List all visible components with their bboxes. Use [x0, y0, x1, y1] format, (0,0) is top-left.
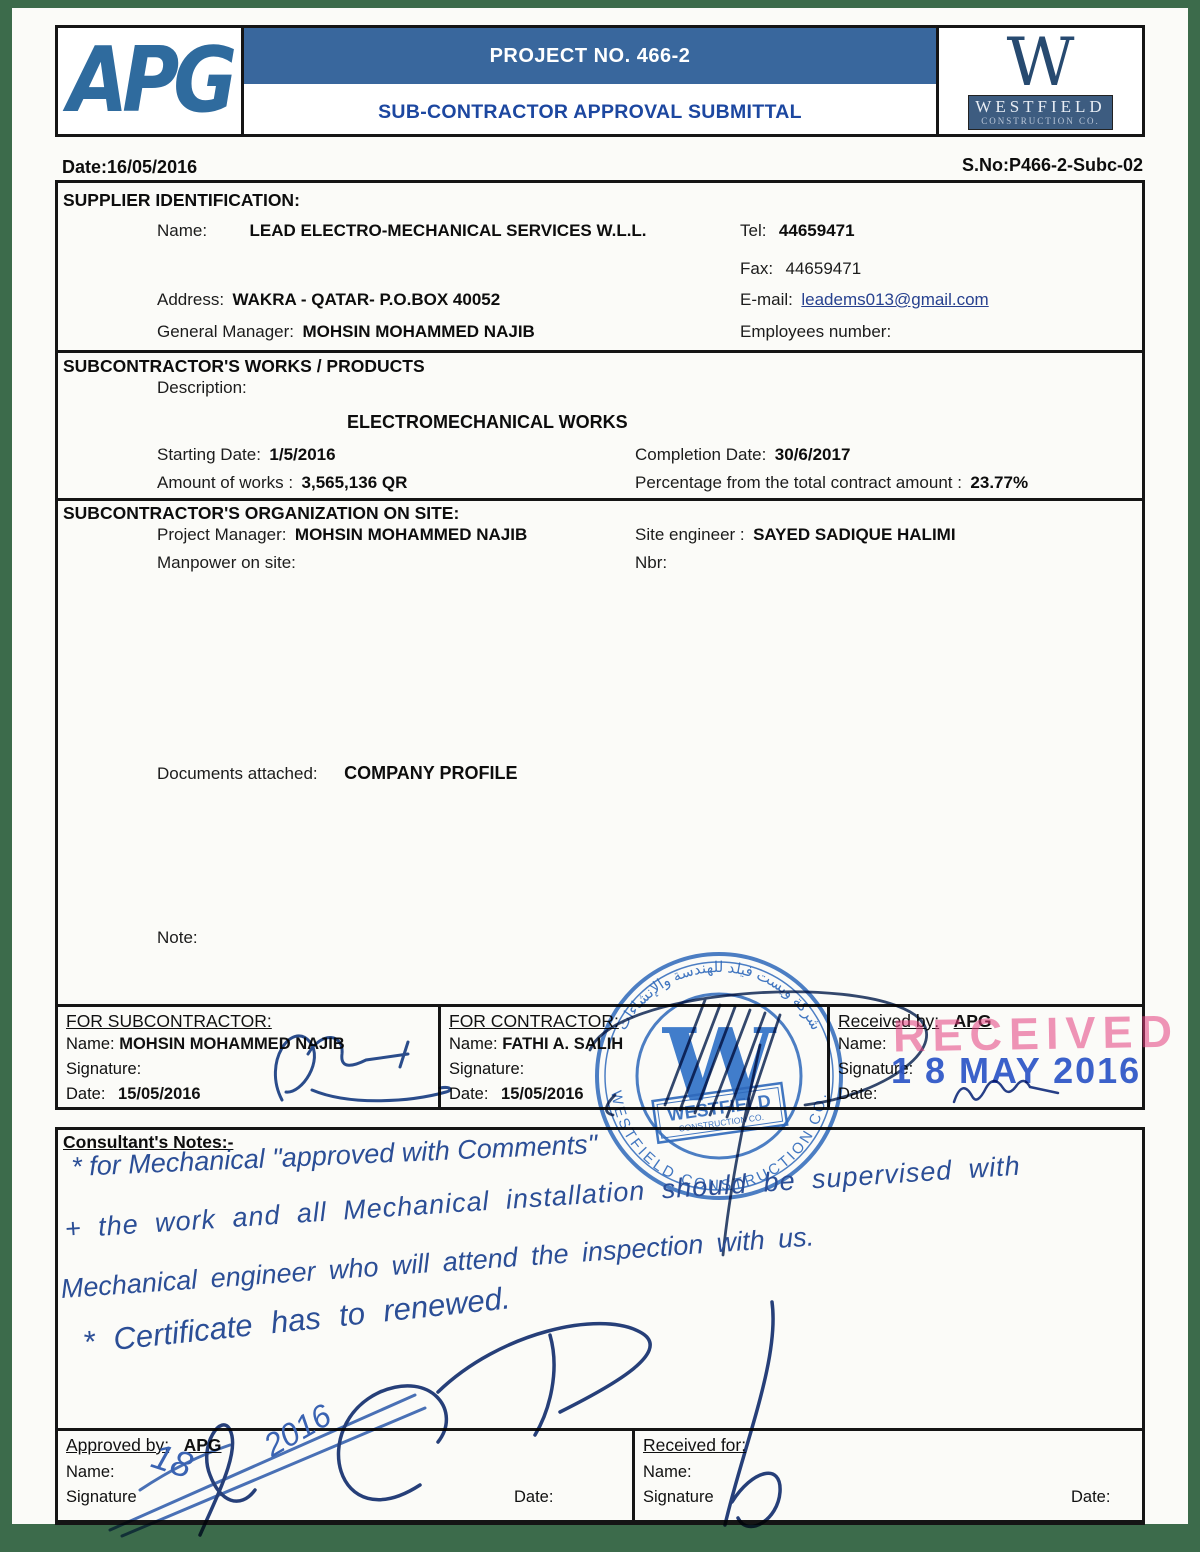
documents-attached-row: Documents attached: COMPANY PROFILE — [157, 763, 517, 784]
nbr-label: Nbr: — [635, 553, 667, 573]
form-title: SUB-CONTRACTOR APPROVAL SUBMITTAL — [378, 101, 802, 124]
westfield-name: WESTFIELD — [975, 98, 1105, 116]
description-label: Description: — [157, 378, 247, 398]
westfield-logo-box: WESTFIELD CONSTRUCTION CO. — [968, 95, 1112, 130]
note-label: Note: — [157, 928, 198, 948]
email-link[interactable]: leadems013@gmail.com — [801, 290, 988, 309]
supplier-section-title: SUPPLIER IDENTIFICATION: — [63, 190, 300, 211]
amount-value: 3,565,136 QR — [302, 473, 408, 492]
employees-number-label: Employees number: — [740, 322, 891, 342]
supplier-tel: 44659471 — [779, 221, 855, 240]
project-number-bar: PROJECT NO. 466-2 — [244, 28, 936, 84]
supplier-address: WAKRA - QATAR- P.O.BOX 40052 — [233, 290, 501, 309]
form-title-bar: SUB-CONTRACTOR APPROVAL SUBMITTAL — [244, 92, 936, 132]
manpower-label: Manpower on site: — [157, 553, 296, 573]
project-number: PROJECT NO. 466-2 — [490, 45, 691, 68]
amount-row: Amount of works : 3,565,136 QR — [157, 473, 407, 493]
completion-date: 30/6/2017 — [775, 445, 851, 464]
general-manager-row: General Manager: MOHSIN MOHAMMED NAJIB — [157, 322, 535, 342]
document-date: Date:16/05/2016 — [62, 157, 197, 178]
subcontractor-date: 15/05/2016 — [118, 1085, 201, 1103]
percentage-value: 23.77% — [970, 473, 1028, 492]
apg-logo: APG — [58, 28, 244, 134]
received-signature — [948, 1072, 1078, 1110]
starting-date-row: Starting Date: 1/5/2016 — [157, 445, 336, 465]
westfield-logo: W WESTFIELD CONSTRUCTION CO. — [936, 28, 1142, 134]
completion-date-row: Completion Date: 30/6/2017 — [635, 445, 850, 465]
project-manager-row: Project Manager: MOHSIN MOHAMMED NAJIB — [157, 525, 527, 545]
serial-number: S.No:P466-2-Subc-02 — [885, 155, 1143, 176]
section-divider — [55, 350, 1145, 353]
works-section-title: SUBCONTRACTOR'S WORKS / PRODUCTS — [63, 356, 425, 377]
scanned-document: { "page": {"border_color": "#3c6b4b", "p… — [0, 0, 1200, 1552]
westfield-sub: CONSTRUCTION CO. — [975, 116, 1105, 126]
percentage-row: Percentage from the total contract amoun… — [635, 473, 1028, 493]
supplier-fax: 44659471 — [786, 259, 862, 278]
subcontractor-signature — [250, 1012, 465, 1114]
starting-date: 1/5/2016 — [269, 445, 335, 464]
documents-attached: COMPANY PROFILE — [344, 763, 517, 783]
site-engineer-row: Site engineer : SAYED SADIQUE HALIMI — [635, 525, 956, 545]
organization-section-title: SUBCONTRACTOR'S ORGANIZATION ON SITE: — [63, 503, 459, 524]
site-engineer: SAYED SADIQUE HALIMI — [753, 525, 955, 544]
supplier-fax-row: Fax: 44659471 — [740, 259, 861, 279]
description-value: ELECTROMECHANICAL WORKS — [347, 412, 628, 433]
supplier-address-row: Address: WAKRA - QATAR- P.O.BOX 40052 — [157, 290, 500, 310]
supplier-name-row: Name: LEAD ELECTRO-MECHANICAL SERVICES W… — [157, 221, 647, 241]
westfield-monogram: W — [1007, 33, 1075, 93]
apg-logo-text: APG — [68, 29, 232, 133]
supplier-tel-row: Tel: 44659471 — [740, 221, 855, 241]
project-manager: MOHSIN MOHAMMED NAJIB — [295, 525, 527, 544]
general-manager: MOHSIN MOHAMMED NAJIB — [302, 322, 534, 341]
received-for-date-label: Date: — [1071, 1485, 1110, 1510]
supplier-name: LEAD ELECTRO-MECHANICAL SERVICES W.L.L. — [250, 221, 647, 240]
supplier-email-row: E-mail: leadems013@gmail.com — [740, 290, 989, 310]
section-divider — [55, 498, 1145, 501]
